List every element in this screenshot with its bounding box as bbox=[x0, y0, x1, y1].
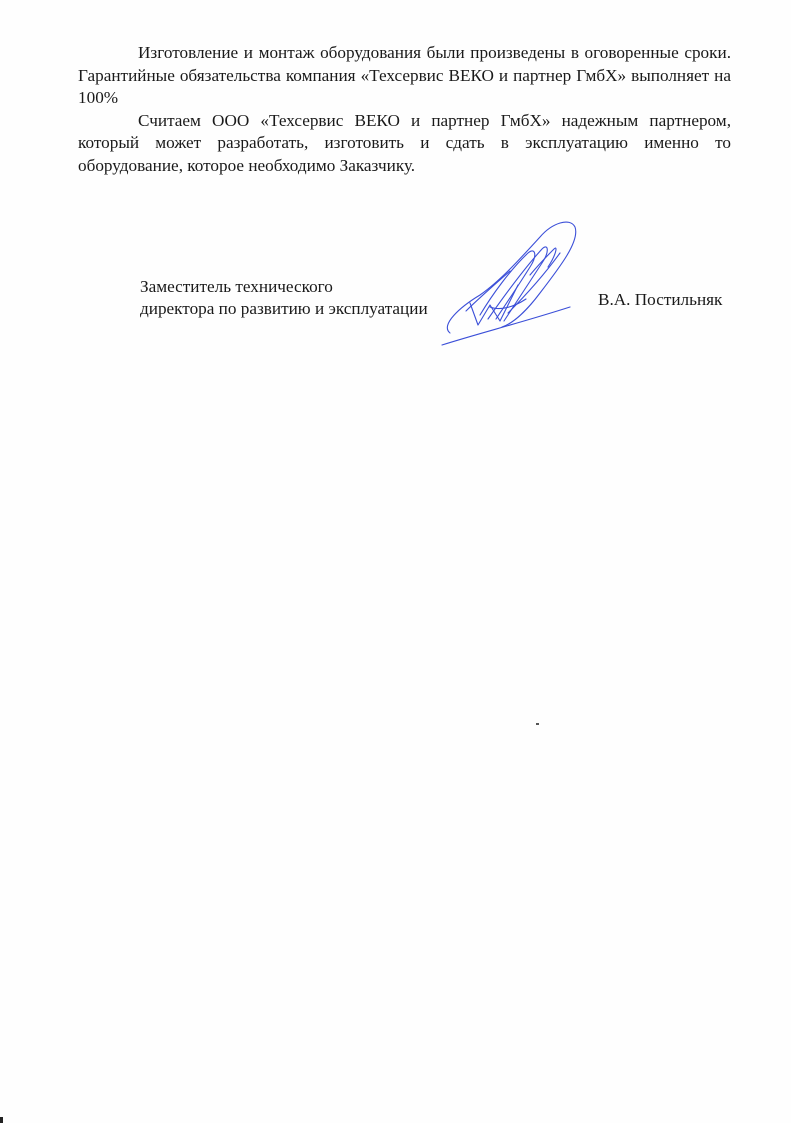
scan-edge-mark bbox=[0, 1117, 3, 1123]
paragraph-completion: Изготовление и монтаж оборудования были … bbox=[78, 42, 731, 110]
document-page: Изготовление и монтаж оборудования были … bbox=[0, 0, 791, 1123]
letter-body: Изготовление и монтаж оборудования были … bbox=[78, 42, 731, 177]
handwritten-signature-icon bbox=[430, 215, 600, 350]
signatory-name: В.А. Постильняк bbox=[598, 289, 722, 311]
scan-speck bbox=[536, 723, 539, 725]
signatory-title-line1: Заместитель технического bbox=[140, 276, 428, 298]
signatory-title-line2: директора по развитию и эксплуатации bbox=[140, 298, 428, 320]
paragraph-recommendation: Считаем ООО «Техсервис ВЕКО и партнер Гм… bbox=[78, 110, 731, 178]
signatory-title: Заместитель технического директора по ра… bbox=[140, 276, 428, 320]
